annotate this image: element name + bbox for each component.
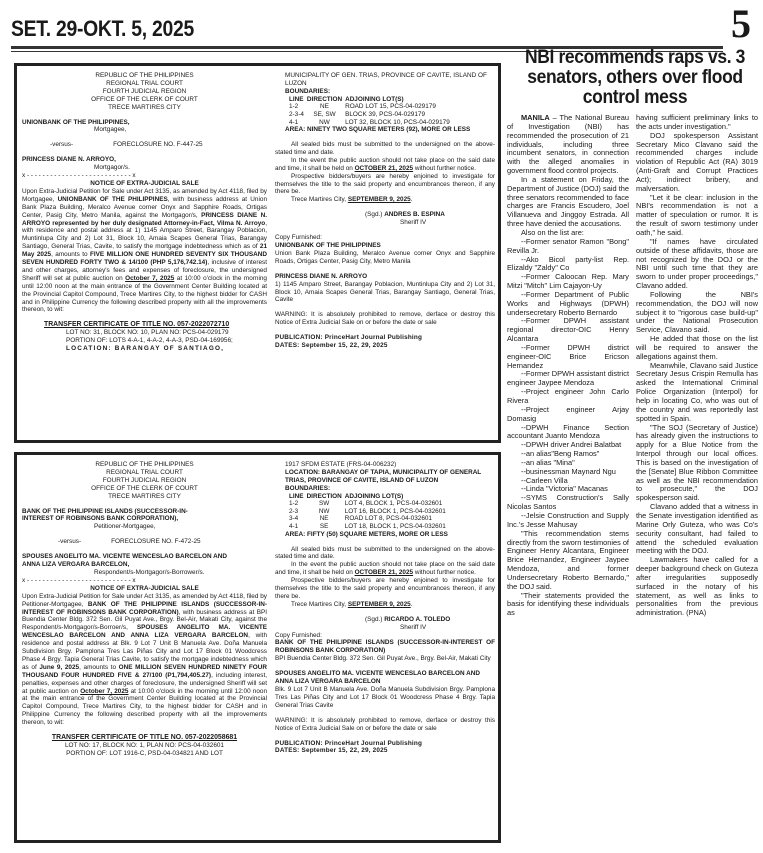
- list-item: --Project engineer John Carlo Rivera: [507, 388, 629, 406]
- list-item: --Jelsie Construction and Supply Inc.'s …: [507, 512, 629, 530]
- dateline: MANILA: [521, 113, 550, 122]
- copy-recipient-address: Blk. 9 Lot 7 Unit B Manuela Ave. Doña Ma…: [275, 686, 495, 710]
- plaintiff-name: UNIONBANK OF THE PHILIPPINES,: [22, 119, 267, 127]
- signature: (Sgd.) RICARDO A. TOLEDO: [275, 616, 495, 624]
- publication-dates: DATES: September 15, 22, 29, 2025: [275, 342, 495, 350]
- issue-date: SET. 29-OKT. 5, 2025: [11, 16, 194, 42]
- paragraph: "This recommendation stems directly from…: [507, 530, 629, 592]
- boundary-row: 2-3-4SE, SWBLOCK 39, PCS-04-029179: [289, 111, 453, 119]
- signature: (Sgd.) ANDRES B. ESPINA: [275, 211, 495, 219]
- case-number: FORECLOSURE NO. F-447-25: [73, 141, 203, 148]
- copy-recipient-name: SPOUSES ANGELITO MA. VICENTE WENCESLAO B…: [275, 670, 495, 686]
- event-paragraph: In the event the public auction should n…: [275, 157, 495, 173]
- warning-text: WARNING: It is absolutely prohibited to …: [275, 717, 495, 733]
- paragraph: Lawmakers have called for a deeper backg…: [636, 556, 758, 618]
- sheriff-title: Sheriff IV: [275, 624, 495, 632]
- legal-notice-bpi: REPUBLIC OF THE PHILIPPINES REGIONAL TRI…: [14, 452, 501, 843]
- copy-recipient-name: UNIONBANK OF THE PHILIPPINES: [275, 242, 495, 250]
- publication-name: PUBLICATION: PrinceHart Journal Publishi…: [275, 740, 495, 748]
- article-headline: NBI recommends raps vs. 3 senators, othe…: [517, 48, 753, 108]
- court-line: REPUBLIC OF THE PHILIPPINES: [22, 72, 267, 80]
- bids-paragraph: All sealed bids must be submitted to the…: [275, 141, 495, 157]
- list-item: --Former Caloocan Rep. Mary Mitzi "Mitch…: [507, 273, 629, 291]
- prospective-paragraph: Prospective bidders/buyers are hereby en…: [275, 173, 495, 197]
- property-area: AREA: NINETY TWO SQUARE METERS (92), MOR…: [285, 126, 495, 134]
- boundary-row: 1-2NEROAD LOT 15, PCS-04-029179: [289, 103, 453, 111]
- news-article: NBI recommends raps vs. 3 senators, othe…: [507, 48, 763, 108]
- notice-right-column: MUNICIPALITY OF GEN. TRIAS, PROVINCE OF …: [275, 72, 495, 350]
- location-continued: LOCATION: BARANGAY OF TAPIA, MUNICIPALIT…: [285, 469, 495, 485]
- boundary-row: 2-3NWLOT 16, BLOCK 1, PCS-04-032601: [289, 508, 449, 516]
- list-item: --Project engineer Arjay Domasig: [507, 406, 629, 424]
- court-line: REPUBLIC OF THE PHILIPPINES: [22, 461, 267, 469]
- court-line: REGIONAL TRIAL COURT: [22, 80, 267, 88]
- place-date: Trece Martires City, SEPTEMBER 9, 2025.: [275, 601, 495, 609]
- list-item: --Former DPWH district engineer-OIC Bric…: [507, 344, 629, 371]
- page-number: 5: [731, 4, 751, 44]
- caption-separator: x - - - - - - - - - - - - - - - - - - - …: [22, 172, 267, 180]
- page-masthead: SET. 29-OKT. 5, 2025 5: [11, 8, 763, 44]
- notice-right-column: 1917 SFDM ESTATE (FRS-04-006232) LOCATIO…: [275, 461, 495, 755]
- defendant-name: SPOUSES ANGELITO MA. VICENTE WENCESLAO B…: [22, 553, 267, 569]
- case-number: FORECLOSURE NO. F-472-25: [81, 538, 201, 545]
- list-item: --Ako Bicol party-list Rep. Elizaldy "Za…: [507, 256, 629, 274]
- paragraph: DOJ spokesperson Assistant Secretary Mic…: [636, 132, 758, 194]
- versus-label: -versus-: [22, 538, 81, 545]
- portion-continued: 1917 SFDM ESTATE (FRS-04-006232): [285, 461, 495, 469]
- paragraph: He added that those on the list will be …: [636, 335, 758, 362]
- event-paragraph: In the event the public auction should n…: [275, 561, 495, 577]
- article-column-2: having sufficient preliminary links to t…: [636, 114, 758, 618]
- notice-title: NOTICE OF EXTRA-JUDICIAL SALE: [22, 585, 267, 593]
- prospective-paragraph: Prospective bidders/buyers are hereby en…: [275, 577, 495, 601]
- bids-paragraph: All sealed bids must be submitted to the…: [275, 546, 495, 562]
- boundaries-label: BOUNDARIES:: [285, 485, 495, 493]
- copy-furnished-label: Copy Furnished:: [275, 234, 495, 242]
- paragraph: having sufficient preliminary links to t…: [636, 114, 758, 132]
- versus-label: -versus-: [22, 141, 73, 148]
- boundary-row: 1-2SWLOT 4, BLOCK 1, PCS-04-032601: [289, 500, 449, 508]
- notice-title: NOTICE OF EXTRA-JUDICIAL SALE: [22, 180, 267, 188]
- copy-recipient-name: BANK OF THE PHILIPPINE ISLANDS (SUCCESSO…: [275, 639, 495, 655]
- boundaries-table: LINEDIRECTIONADJOINING LOT(S) 1-2SWLOT 4…: [289, 493, 449, 531]
- warning-text: WARNING: It is absolutely prohibited to …: [275, 311, 495, 327]
- copy-recipient-address: Union Bank Plaza Building, Meralco Avenu…: [275, 250, 495, 266]
- court-header: REPUBLIC OF THE PHILIPPINES REGIONAL TRI…: [22, 72, 267, 112]
- list-item: --SYMS Construction's Sally Nicolas Sant…: [507, 494, 629, 512]
- defendant-role: Mortgagor/s.: [22, 164, 267, 172]
- paragraph: Following the NBI's recommendation, the …: [636, 291, 758, 335]
- paragraph: "If names have circulated outside of the…: [636, 238, 758, 291]
- title-certificate: TRANSFER CERTIFICATE OF TITLE NO. 057-20…: [22, 321, 267, 353]
- plaintiff-role: Petitioner-Mortgagee,: [22, 523, 267, 531]
- paragraph: In a statement on Friday, the Department…: [507, 176, 629, 229]
- notice-body: Upon Extra-Judicial Petition for Sale un…: [22, 593, 267, 727]
- defendant-role: Respondent/s-Mortgagor/s-Borrower/s.: [22, 569, 267, 577]
- list-item: --DPWH Finance Section accountant Juanto…: [507, 424, 629, 442]
- copy-furnished-label: Copy Furnished:: [275, 632, 495, 640]
- court-header: REPUBLIC OF THE PHILIPPINES REGIONAL TRI…: [22, 461, 267, 501]
- boundaries-label: BOUNDARIES:: [285, 88, 495, 96]
- plaintiff-role: Mortgagee,: [22, 126, 267, 134]
- paragraph: Meanwhile, Clavano said Justice Secretar…: [636, 362, 758, 424]
- court-line: OFFICE OF THE CLERK OF COURT: [22, 485, 267, 493]
- property-area: AREA: FIFTY (50) SQUARE METERS, MORE OR …: [285, 531, 495, 539]
- publication-name: PUBLICATION: PrinceHart Journal Publishi…: [275, 334, 495, 342]
- sheriff-title: Sheriff IV: [275, 219, 495, 227]
- court-line: FOURTH JUDICIAL REGION: [22, 88, 267, 96]
- list-item: --Former Department of Public Works and …: [507, 291, 629, 318]
- notice-left-column: REPUBLIC OF THE PHILIPPINES REGIONAL TRI…: [22, 72, 267, 353]
- place-date: Trece Martires City, SEPTEMBER 9, 2025.: [275, 196, 495, 204]
- court-line: OFFICE OF THE CLERK OF COURT: [22, 96, 267, 104]
- boundary-row: 3-4NEROAD LOT 8, PCS-04-032601: [289, 515, 449, 523]
- legal-notice-unionbank: REPUBLIC OF THE PHILIPPINES REGIONAL TRI…: [14, 63, 501, 443]
- list-item: --Former DPWH assistant district enginee…: [507, 370, 629, 388]
- paragraph: "Their statements provided the basis for…: [507, 592, 629, 619]
- boundary-row: 4-1SELOT 18, BLOCK 1, PCS-04-032601: [289, 523, 449, 531]
- title-certificate: TRANSFER CERTIFICATE OF TITLE NO. 057-20…: [22, 734, 267, 758]
- court-line: REGIONAL TRIAL COURT: [22, 469, 267, 477]
- court-line: TRECE MARTIRES CITY: [22, 493, 267, 501]
- paragraph: "The SOJ (Secretary of Justice) has alre…: [636, 424, 758, 504]
- copy-recipient-name: PRINCESS DIANE N. ARROYO: [275, 273, 495, 281]
- caption-separator: x - - - - - - - - - - - - - - - - - - - …: [22, 577, 267, 585]
- article-column-1: MANILA – The National Bureau of Investig…: [507, 114, 629, 618]
- copy-recipient-address: BPI Buendia Center Bldg. 372 Sen. Gil Pu…: [275, 655, 495, 663]
- court-line: TRECE MARTIRES CITY: [22, 104, 267, 112]
- boundary-row: 4-1NWLOT 32, BLOCK 10, PCS-04-029179: [289, 119, 453, 127]
- plaintiff-name: BANK OF THE PHILIPPINE ISLANDS (SUCCESSO…: [22, 508, 267, 524]
- list-item: --Former DPWH assistant regional directo…: [507, 317, 629, 344]
- copy-recipient-address: 1) 1145 Amparo Street, Barangay Poblacio…: [275, 281, 495, 305]
- boundaries-table: LINEDIRECTIONADJOINING LOT(S) 1-2NEROAD …: [289, 96, 453, 126]
- list-item: --Former senator Ramon "Bong" Revilla Jr…: [507, 238, 629, 256]
- paragraph: "Let it be clear: inclusion in the NBI's…: [636, 194, 758, 238]
- court-line: FOURTH JUDICIAL REGION: [22, 477, 267, 485]
- defendant-name: PRINCESS DIANE N. ARROYO,: [22, 156, 267, 164]
- paragraph: Clavano added that a witness in the Sena…: [636, 503, 758, 556]
- location-continued: MUNICIPALITY OF GEN. TRIAS, PROVINCE OF …: [285, 72, 495, 88]
- notice-left-column: REPUBLIC OF THE PHILIPPINES REGIONAL TRI…: [22, 461, 267, 758]
- publication-dates: DATES: September 15, 22, 29, 2025: [275, 747, 495, 755]
- notice-body: Upon Extra-Judicial Petition for Sale un…: [22, 188, 267, 315]
